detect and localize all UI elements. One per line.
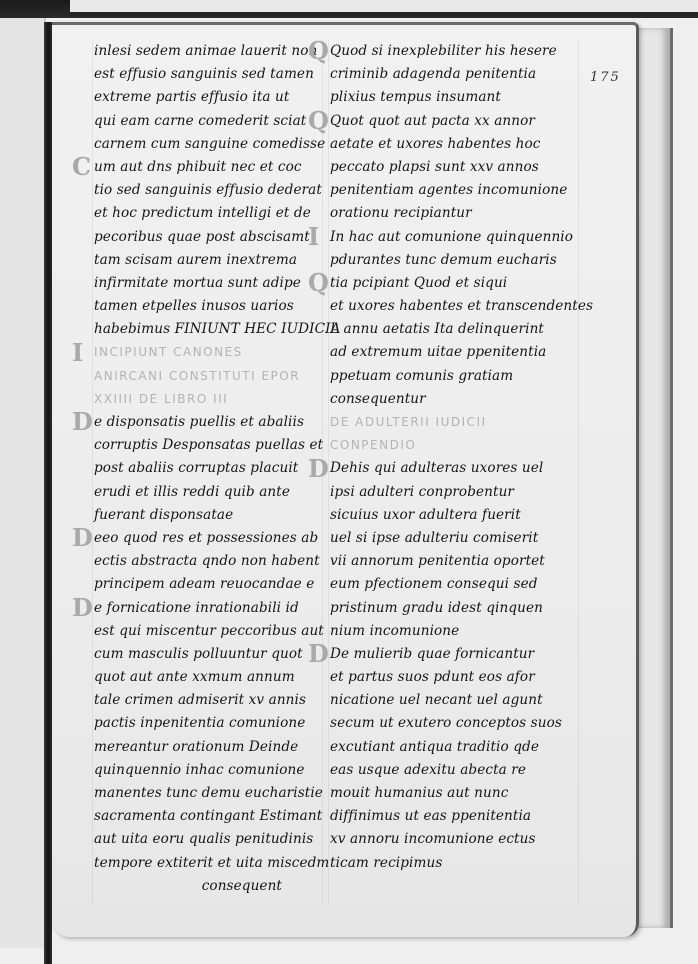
text-line: criminib adagenda penitentia (330, 63, 580, 86)
text-line: ipsi adulteri conprobentur (330, 481, 580, 504)
text-line: carnem cum sanguine comedisse (94, 133, 322, 156)
text-line: e fornicatione inrationabili id (94, 597, 322, 620)
text-line: mereantur orationum Deinde (94, 736, 322, 759)
text-line: tam scisam aurem inextrema (94, 249, 322, 272)
decorated-initial: Q (308, 106, 329, 135)
text-line: nicatione uel necant uel agunt (330, 689, 580, 712)
text-line: aut uita eoru qualis penitudinis (94, 828, 322, 851)
rubric-line: XXIIII DE LIBRO III (94, 388, 322, 411)
text-line: consequentur (330, 388, 580, 411)
decorated-initial: D (308, 639, 329, 668)
decorated-initial: D (72, 407, 93, 436)
text-line: eeo quod res et possessiones ab (94, 527, 322, 550)
text-line: tamen etpelles inusos uarios (94, 295, 322, 318)
text-line: tia pcipiant Quod et siqui (330, 272, 580, 295)
text-line: um aut dns phibuit nec et coc (94, 156, 322, 179)
text-line: quot aut ante xxmum annum (94, 666, 322, 689)
text-line: Quot quot aut pacta xx annor (330, 110, 580, 133)
text-line: secum ut exutero conceptos suos (330, 712, 580, 735)
text-line: ectis abstracta qndo non habent (94, 550, 322, 573)
text-line: est effusio sanguinis sed tamen (94, 63, 322, 86)
text-line: L annu aetatis Ita delinquerint (330, 318, 580, 341)
text-line: xv annoru incomunione ectus (330, 828, 580, 851)
text-line: peccato plapsi sunt xxv annos (330, 156, 580, 179)
text-line: pristinum gradu idest qinquen (330, 597, 580, 620)
text-line: tale crimen admiserit xv annis (94, 689, 322, 712)
text-line: plixius tempus insumant (330, 86, 580, 109)
text-line: habebimus FINIUNT HEC IUDICIA (94, 318, 322, 341)
rubric-line: CONPENDIO (330, 434, 580, 457)
text-line: pdurantes tunc demum eucharis (330, 249, 580, 272)
text-line: post abaliis corruptas placuit (94, 457, 322, 480)
rubric-line: ANIRCANI CONSTITUTI EPOR (94, 365, 322, 388)
text-line: cum masculis polluuntur quot (94, 643, 322, 666)
text-line: erudi et illis reddi quib ante (94, 481, 322, 504)
text-line: e disponsatis puellis et abaliis (94, 411, 322, 434)
decorated-initial: D (308, 454, 329, 483)
facing-page-edge (0, 18, 46, 948)
text-line: manentes tunc demu eucharistie (94, 782, 322, 805)
decorated-initial: Q (308, 36, 329, 65)
decorated-initial: I (308, 222, 319, 251)
text-line: pactis inpenitentia comunione (94, 712, 322, 735)
decorated-initial: Q (308, 268, 329, 297)
text-line: tempore extiterit et uita miscedm (94, 852, 322, 875)
text-line: extreme partis effusio ita ut (94, 86, 322, 109)
text-line: sicuius uxor adultera fuerit (330, 504, 580, 527)
text-line: penitentiam agentes incomunione (330, 179, 580, 202)
text-line: vii annorum penitentia oportet (330, 550, 580, 573)
binding-gutter (44, 22, 52, 964)
text-line: et uxores habentes et transcendentes (330, 295, 580, 318)
text-line: diffinimus ut eas ppenitentia (330, 805, 580, 828)
folio-number: 175 (590, 70, 621, 85)
text-line: uel si ipse adulteriu comiserit (330, 527, 580, 550)
text-line: fuerant disponsatae (94, 504, 322, 527)
rubric-line: DE ADULTERII IUDICII (330, 411, 580, 434)
rubric-line: INCIPIUNT CANONES (94, 341, 322, 364)
text-line: infirmitate mortua sunt adipe (94, 272, 322, 295)
text-line: nium incomunione (330, 620, 580, 643)
text-line: tio sed sanguinis effusio dederat (94, 179, 322, 202)
text-line: In hac aut comunione quinquennio (330, 226, 580, 249)
decorated-initial: C (72, 152, 91, 181)
text-line: qui eam carne comederit sciat (94, 110, 322, 133)
right-text-column: Quod si inexplebiliter his heserecrimini… (330, 40, 580, 875)
ruling-line (92, 40, 93, 904)
text-line: mouit humanius aut nunc (330, 782, 580, 805)
text-line: quinquennio inhac comunione (94, 759, 322, 782)
text-line: et hoc predictum intelligi et de (94, 202, 322, 225)
text-line: et partus suos pdunt eos afor (330, 666, 580, 689)
text-line: orationu recipiantur (330, 202, 580, 225)
text-line: excutiant antiqua traditio qde (330, 736, 580, 759)
text-line: est qui miscentur peccoribus aut (94, 620, 322, 643)
decorated-initial: D (72, 523, 93, 552)
text-line: Quod si inexplebiliter his hesere (330, 40, 580, 63)
text-line: sacramenta contingant Estimant (94, 805, 322, 828)
text-line: ppetuam comunis gratiam (330, 365, 580, 388)
background-top (70, 0, 698, 12)
manuscript-photo: 175 inlesi sedem animae lauerit nonest e… (0, 0, 698, 964)
left-text-column: inlesi sedem animae lauerit nonest effus… (94, 40, 322, 898)
text-line: corruptis Desponsatas puellas et (94, 434, 322, 457)
text-line: aetate et uxores habentes hoc (330, 133, 580, 156)
text-line: ticam recipimus (330, 852, 580, 875)
text-line: pecoribus quae post abscisamt (94, 226, 322, 249)
text-line: eas usque adexitu abecta re (330, 759, 580, 782)
text-line: ad extremum uitae ppenitentia (330, 341, 580, 364)
text-line: principem adeam reuocandae e (94, 573, 322, 596)
text-line: De mulierib quae fornicantur (330, 643, 580, 666)
text-line: inlesi sedem animae lauerit non (94, 40, 322, 63)
decorated-initial: I (72, 338, 83, 367)
decorated-initial: D (72, 593, 93, 622)
text-line: consequent (94, 875, 322, 898)
text-line: eum pfectionem consequi sed (330, 573, 580, 596)
text-line: Dehis qui adulteras uxores uel (330, 457, 580, 480)
